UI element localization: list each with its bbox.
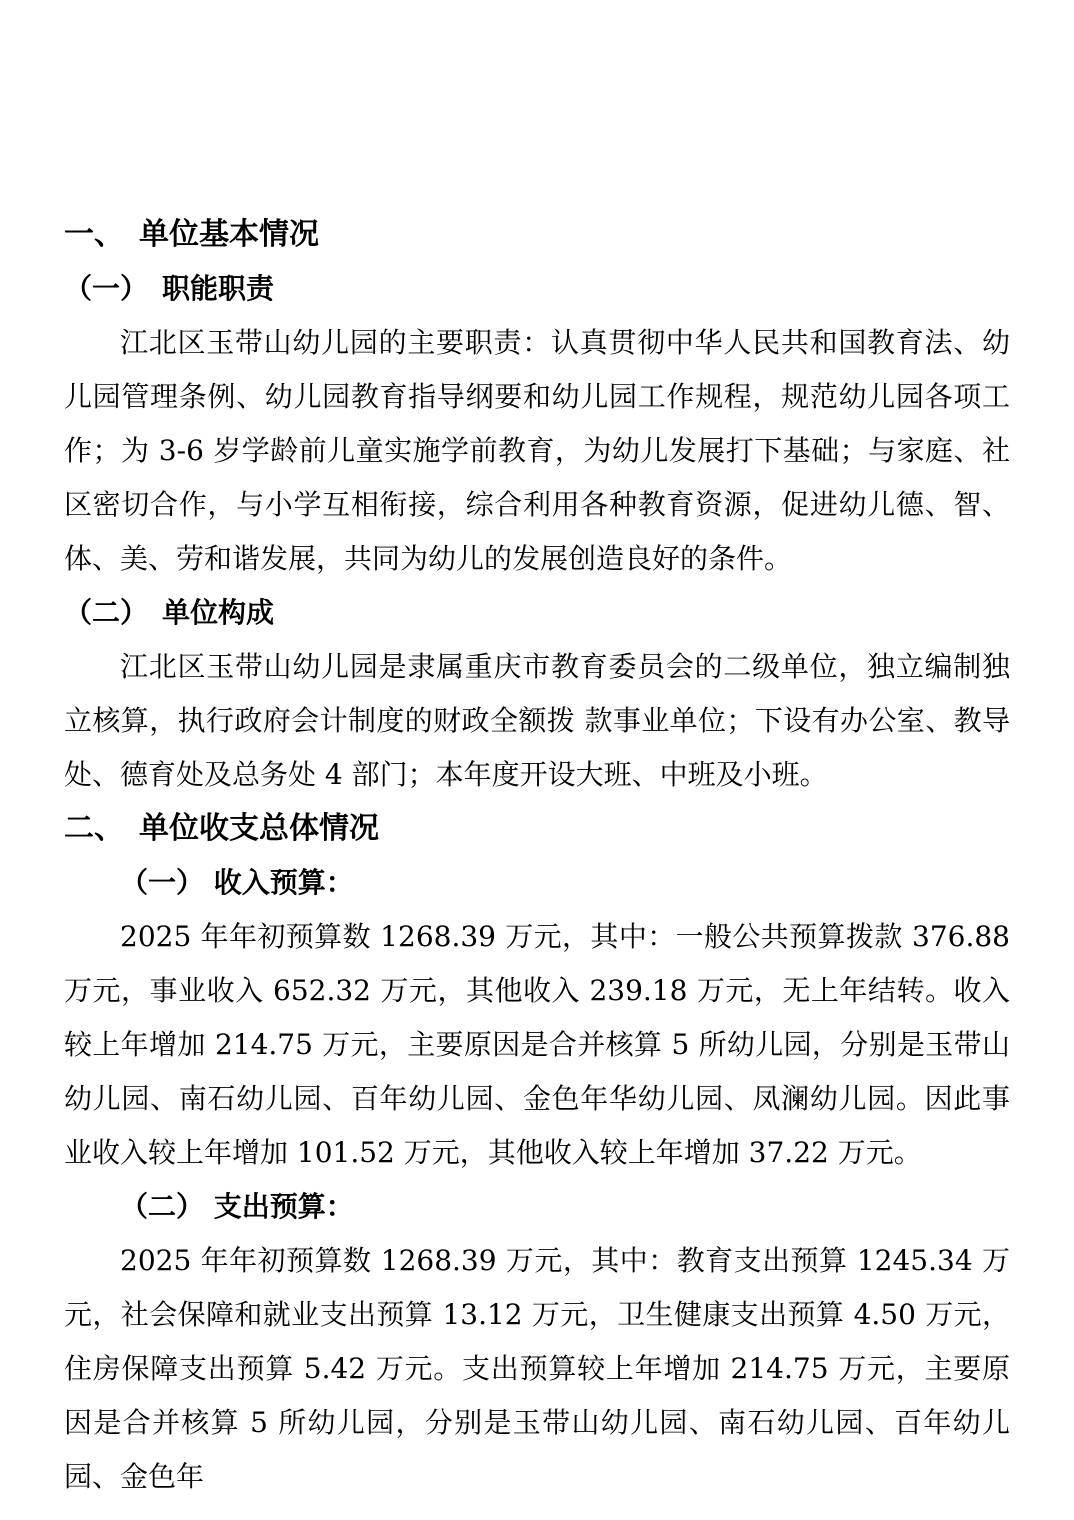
paragraph-income-budget: 2025 年年初预算数 1268.39 万元，其中：一般公共预算拨款 376.8… [64, 910, 1010, 1180]
section-heading-budget-overview: 二、 单位收支总体情况 [64, 802, 1010, 856]
paragraph-duties: 江北区玉带山幼儿园的主要职责：认真贯彻中华人民共和国教育法、幼儿园管理条例、幼儿… [64, 316, 1010, 586]
subsection-heading-expenditure-budget: （二） 支出预算： [64, 1180, 1010, 1234]
subsection-heading-composition: （二） 单位构成 [64, 586, 1010, 640]
paragraph-expenditure-budget: 2025 年年初预算数 1268.39 万元，其中：教育支出预算 1245.34… [64, 1234, 1010, 1504]
subsection-heading-income-budget: （一） 收入预算： [64, 856, 1010, 910]
document-page: 一、 单位基本情况 （一） 职能职责 江北区玉带山幼儿园的主要职责：认真贯彻中华… [0, 0, 1074, 1520]
section-heading-basic-info: 一、 单位基本情况 [64, 208, 1010, 262]
paragraph-composition: 江北区玉带山幼儿园是隶属重庆市教育委员会的二级单位，独立编制独立核算，执行政府会… [64, 640, 1010, 802]
subsection-heading-duties: （一） 职能职责 [64, 262, 1010, 316]
